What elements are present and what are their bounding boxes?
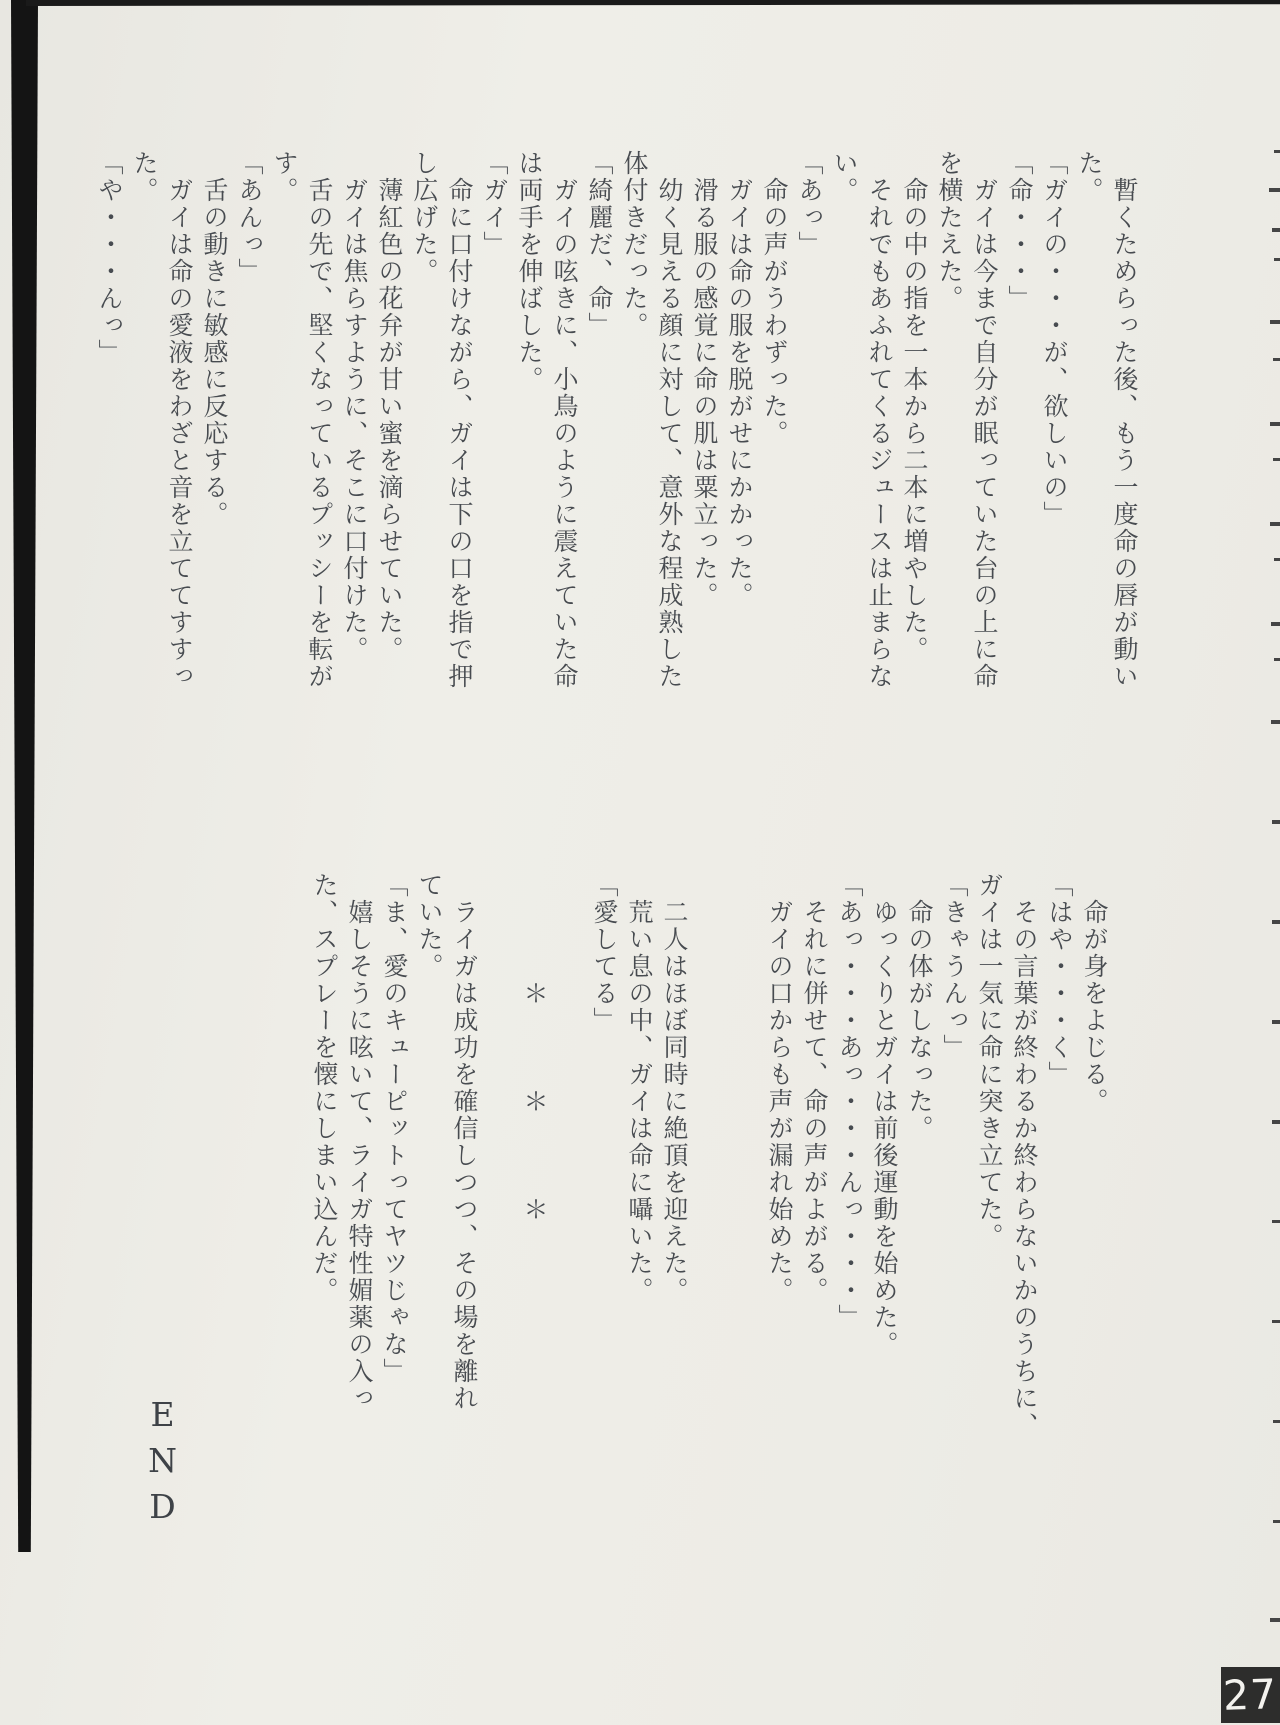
text-column: す。 — [267, 150, 302, 750]
text-column: 「はや・・・く」 — [1042, 872, 1077, 1472]
text-column: その言葉が終わるか終わらないかのうちに、 — [1007, 872, 1042, 1472]
scan-edge-mark — [1270, 1618, 1280, 1622]
text-column: た、スプレーを懐にしまい込んだ。 — [307, 872, 342, 1472]
text-column: は両手を伸ばした。 — [512, 150, 547, 750]
text-column: 「や・・・んっ」 — [92, 150, 127, 750]
text-column: 「ま、愛のキューピットってヤツじゃな」 — [377, 872, 412, 1472]
text-column: 「あっ」 — [792, 150, 827, 750]
column-gap — [552, 872, 587, 1472]
text-column: 舌の動きに敏感に反応する。 — [197, 150, 232, 750]
scan-edge-mark — [1272, 1220, 1280, 1223]
scan-edge-mark — [1273, 358, 1280, 361]
text-column: ライガは成功を確信しつつ、その場を離れ — [447, 872, 482, 1472]
text-column: 「愛してる」 — [587, 872, 622, 1472]
text-column: い。 — [827, 150, 862, 750]
text-column: 命の声がうわずった。 — [757, 150, 792, 750]
text-column: ガイは命の服を脱がせにかかった。 — [722, 150, 757, 750]
text-column: 二人はほぼ同時に絶頂を迎えた。 — [657, 872, 692, 1472]
text-column: ていた。 — [412, 872, 447, 1472]
text-column: 「ガイ」 — [477, 150, 512, 750]
scan-edge-mark — [1270, 320, 1280, 324]
text-column: 薄紅色の花弁が甘い蜜を滴らせていた。 — [372, 150, 407, 750]
text-column: 滑る服の感覚に命の肌は粟立った。 — [687, 150, 722, 750]
scan-edge-mark — [1270, 422, 1280, 426]
scan-edge-line — [26, 0, 1280, 6]
scan-edge-mark — [1274, 658, 1280, 661]
text-column: た。 — [1072, 150, 1107, 750]
scan-edge-mark — [1269, 188, 1280, 192]
scan-gutter-bar — [8, 0, 38, 1552]
text-column: 「命・・・」 — [1002, 150, 1037, 750]
text-column: 命の中の指を一本から二本に増やした。 — [897, 150, 932, 750]
end-label: END — [128, 1395, 182, 1555]
scan-edge-mark — [1272, 1320, 1280, 1323]
text-column: を横たえた。 — [932, 150, 967, 750]
text-column: 「綺麗だ、命」 — [582, 150, 617, 750]
scan-edge-mark — [1272, 920, 1280, 924]
text-column: それでもあふれてくるジュースは止まらな — [862, 150, 897, 750]
text-column: ガイは命の愛液をわざと音を立ててすすっ — [162, 150, 197, 750]
scan-edge-mark — [1273, 1420, 1280, 1423]
text-column: 暫くためらった後、もう一度命の唇が動い — [1107, 150, 1142, 750]
column-gap — [727, 872, 762, 1472]
text-column: 「きゃうんっ」 — [937, 872, 972, 1472]
text-column: 舌の先で、堅くなっているプッシーを転が — [302, 150, 337, 750]
text-column: ガイは今まで自分が眠っていた台の上に命 — [967, 150, 1002, 750]
page-number: 27 — [1223, 1674, 1279, 1717]
scan-edge-mark — [1271, 720, 1280, 724]
scan-edge-mark — [1272, 820, 1280, 824]
text-column: ガイは焦らすように、そこに口付けた。 — [337, 150, 372, 750]
text-column: 「ガイの・・・が、欲しいの」 — [1037, 150, 1072, 750]
scan-edge-mark — [1272, 228, 1280, 232]
text-column: 命が身をよじる。 — [1077, 872, 1112, 1472]
scanned-page: 暫くためらった後、もう一度命の唇が動いた。「ガイの・・・が、欲しいの」「命・・・… — [0, 0, 1280, 1725]
scan-edge-mark — [1270, 522, 1280, 526]
text-column: それに併せて、命の声がよがる。 — [797, 872, 832, 1472]
text-column: 幼く見える顔に対して、意外な程成熟した — [652, 150, 687, 750]
text-block-bottom: 命が身をよじる。「はや・・・く」 その言葉が終わるか終わらないかのうちに、ガイは… — [307, 872, 1112, 1472]
text-column: 命の体がしなった。 — [902, 872, 937, 1472]
text-column: し広げた。 — [407, 150, 442, 750]
scan-edge-mark — [1272, 1020, 1280, 1024]
column-gap — [482, 872, 517, 1472]
text-column: 嬉しそうに呟いて、ライガ特性媚薬の入っ — [342, 872, 377, 1472]
text-column: ガイの口からも声が漏れ始めた。 — [762, 872, 797, 1472]
text-column: 体付きだった。 — [617, 150, 652, 750]
text-column: ガイの呟きに、小鳥のように震えていた命 — [547, 150, 582, 750]
scan-edge-mark — [1274, 150, 1280, 153]
scan-edge-mark — [1272, 1120, 1280, 1124]
column-gap — [692, 872, 727, 1472]
text-column: ガイは一気に命に突き立てた。 — [972, 872, 1007, 1472]
scan-edge-mark — [1274, 558, 1280, 561]
text-column: 「あんっ」 — [232, 150, 267, 750]
scan-edge-mark — [1274, 258, 1280, 261]
scan-edge-mark — [1271, 622, 1280, 626]
text-block-top: 暫くためらった後、もう一度命の唇が動いた。「ガイの・・・が、欲しいの」「命・・・… — [92, 150, 1142, 750]
scan-edge-mark — [1273, 1520, 1280, 1523]
text-column: 命に口付けながら、ガイは下の口を指で押 — [442, 150, 477, 750]
scan-edge-mark — [1273, 458, 1280, 461]
text-column: ゆっくりとガイは前後運動を始めた。 — [867, 872, 902, 1472]
text-column: ＊ ＊ ＊ — [517, 872, 552, 1472]
text-column: 荒い息の中、ガイは命に囁いた。 — [622, 872, 657, 1472]
text-column: た。 — [127, 150, 162, 750]
text-column: 「あっ・・・あっ・・・んっ・・・」 — [832, 872, 867, 1472]
page-number-box: 27 — [1221, 1667, 1280, 1723]
